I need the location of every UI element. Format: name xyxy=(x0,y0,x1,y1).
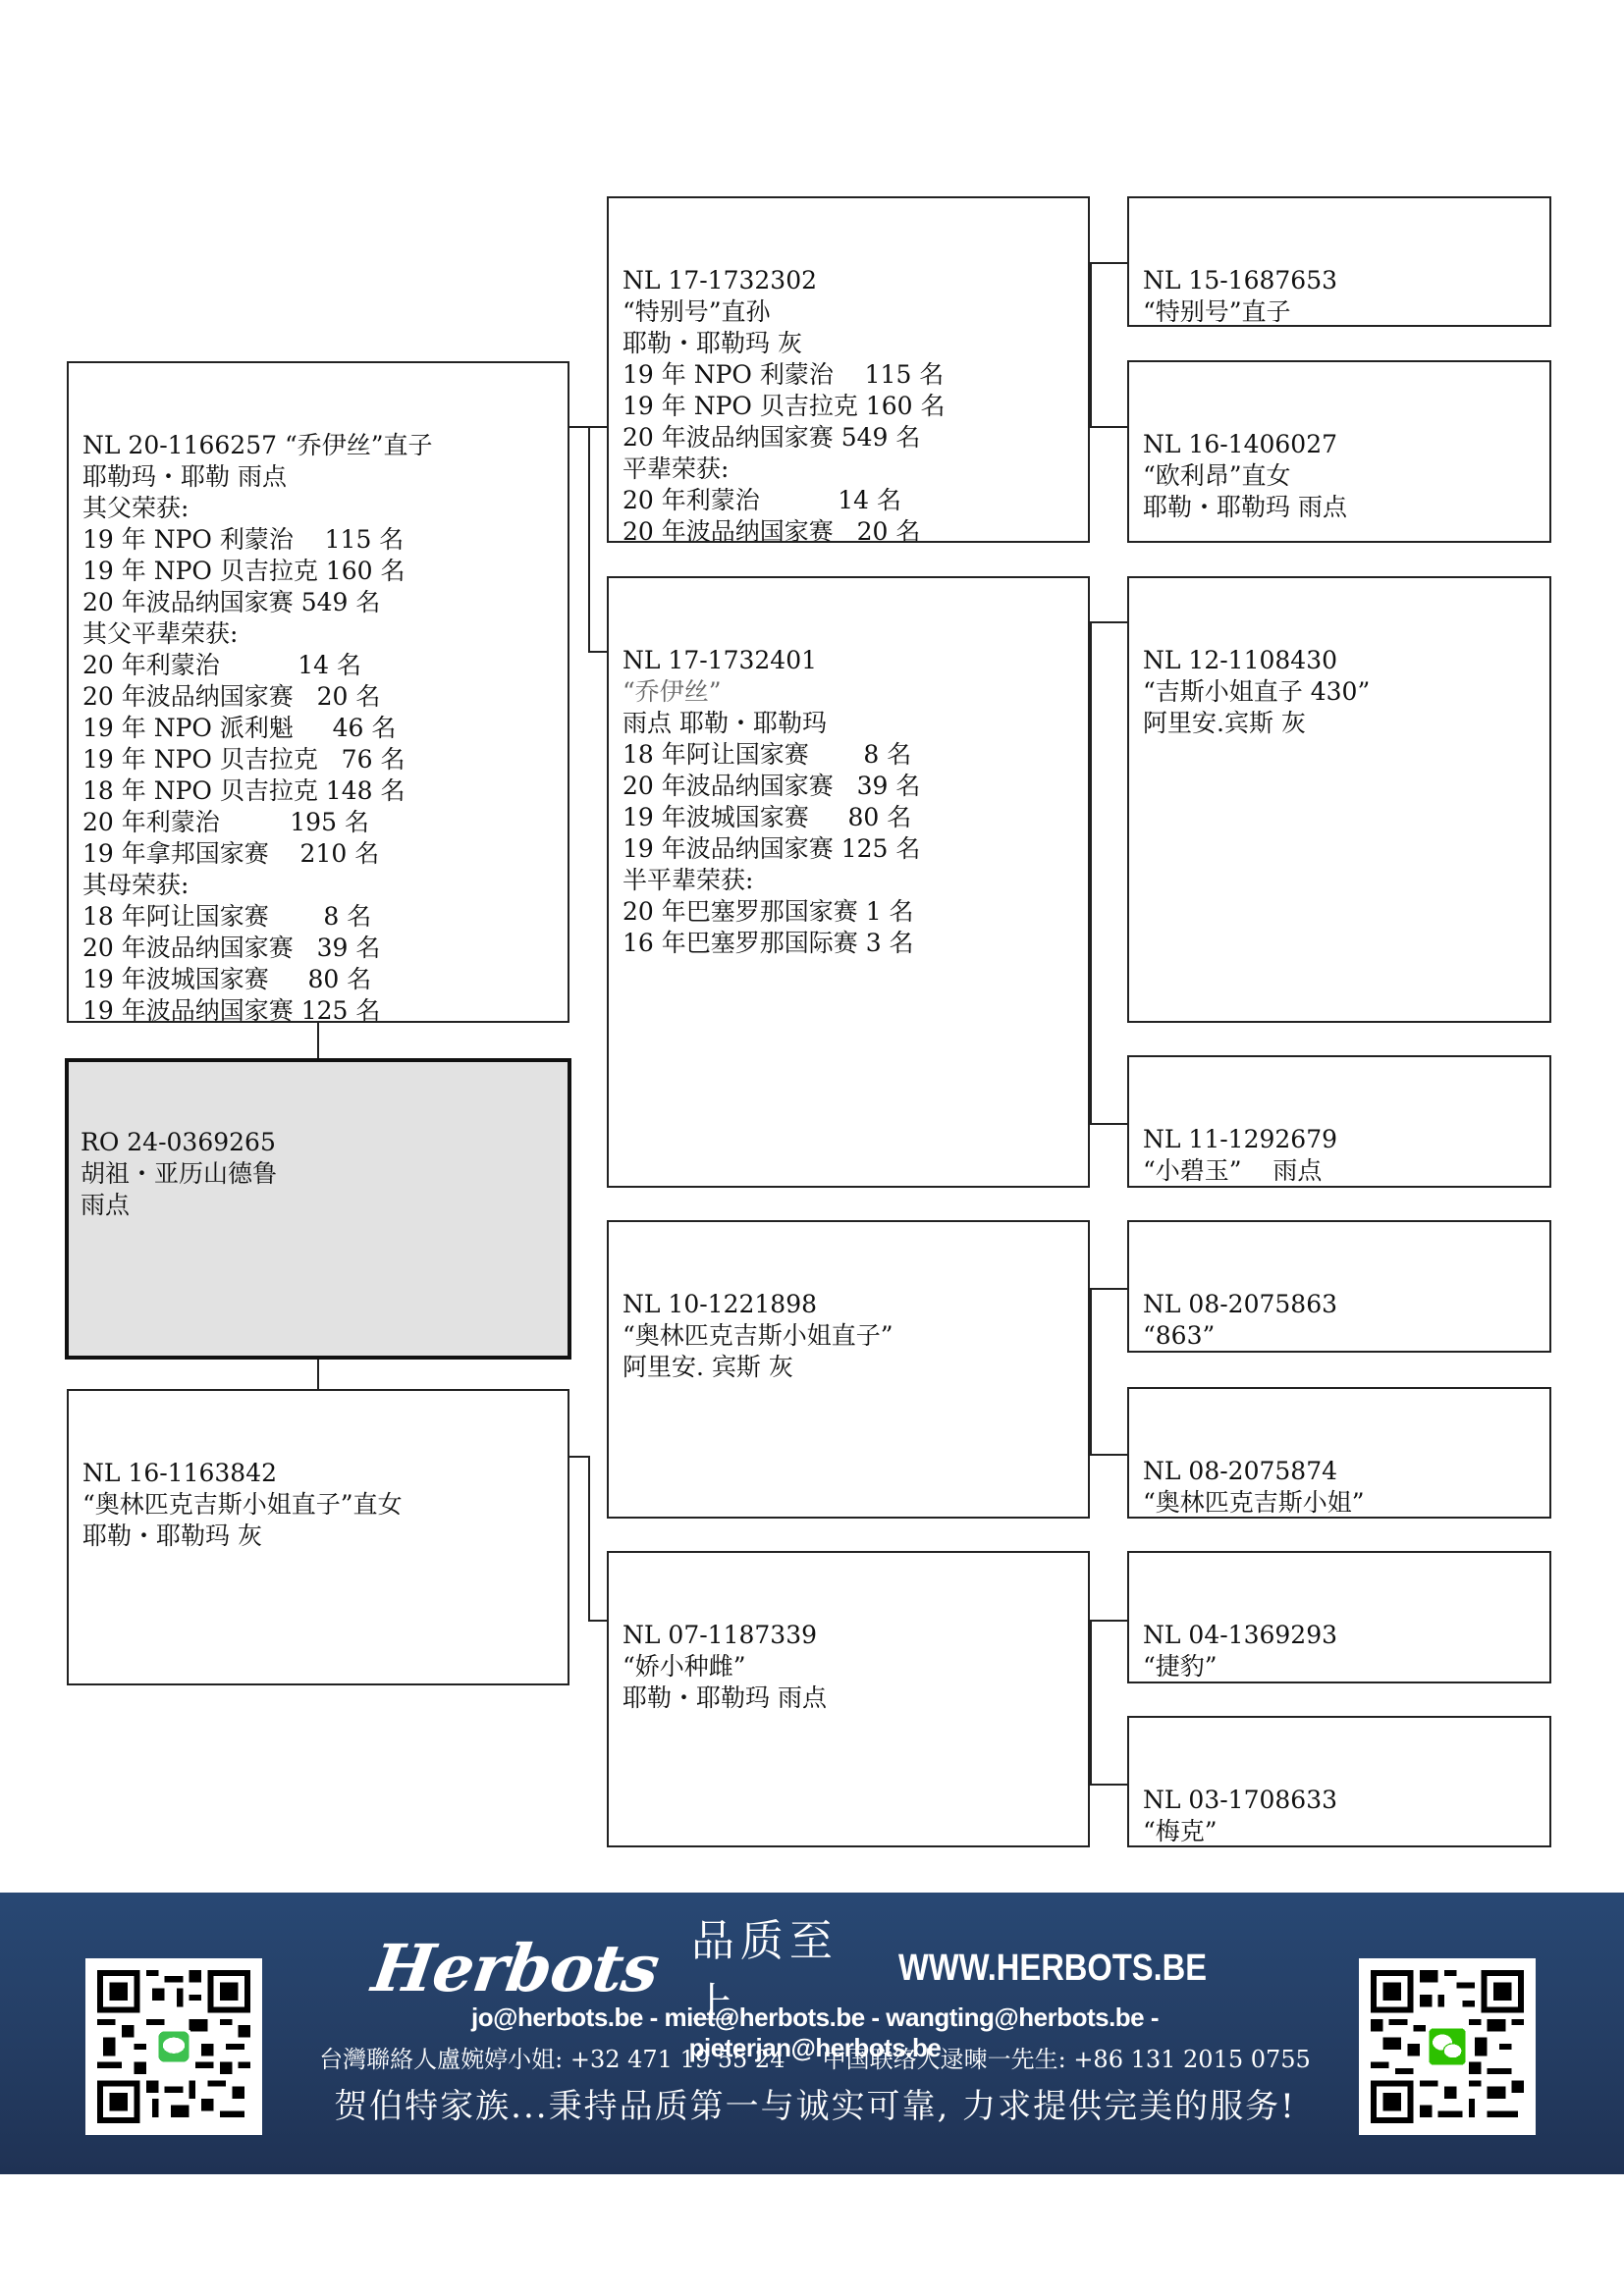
herbots-logo: Herbots xyxy=(368,1930,664,2006)
owner-name: 胡祖・亚历山德鲁 xyxy=(81,1158,568,1190)
bird-name: “乔伊丝” xyxy=(623,676,1088,708)
result-line: 19 年波品纳国家赛 125 名 xyxy=(623,833,1088,865)
breeder-color: 阿里安.宾斯 灰 xyxy=(1143,708,1549,739)
connector-g2c-branch xyxy=(1090,1288,1092,1455)
result-line: 16 年巴塞罗那国际赛 3 名 xyxy=(623,928,1088,959)
ring-number: NL 17-1732302 xyxy=(623,265,1088,296)
ring-number: NL 16-1163842 xyxy=(82,1458,568,1489)
connector-g2c xyxy=(1090,1288,1127,1290)
connector-g2b-branch xyxy=(1090,621,1092,1124)
pedigree-box-subject: RO 24-0369265胡祖・亚历山德鲁雨点 xyxy=(65,1058,571,1360)
result-line: 20 年利蒙治 14 名 xyxy=(82,650,568,681)
bird-name: “捷豹” xyxy=(1143,1651,1549,1682)
connector-g2a-b xyxy=(1090,426,1127,428)
bird-name: “特别号”直子 xyxy=(1143,296,1549,327)
connector-sire-subject xyxy=(317,1023,319,1060)
breeder-color: 耶勒玛・耶勒 雨点 xyxy=(82,461,568,493)
breeder-color: 雨点 耶勒・耶勒玛 xyxy=(623,708,1088,739)
ring-number: NL 20-1166257 “乔伊丝”直子 xyxy=(82,430,568,461)
section-heading: 其父荣获: xyxy=(82,493,568,524)
breeder-color: 阿里安. 宾斯 灰花头 xyxy=(1143,1352,1549,1353)
connector-subject-dam xyxy=(317,1358,319,1389)
ring-number: NL 08-2075863 xyxy=(1143,1289,1549,1320)
ring-number: NL 12-1108430 xyxy=(1143,645,1549,676)
result-line: 18 年阿让国家赛 8 名 xyxy=(82,901,568,933)
ring-number: NL 17-1732401 xyxy=(623,645,1088,676)
connector-dam-branch xyxy=(588,1456,590,1621)
pedigree-box-g3-4: NL 11-1292679“小碧玉” 雨点耶勒・耶勒玛 xyxy=(1127,1055,1551,1188)
pedigree-box-sire-sire: NL 17-1732302“特别号”直孙耶勒・耶勒玛 灰19 年 NPO 利蒙治… xyxy=(607,196,1090,543)
qr-code-icon xyxy=(1371,1970,1524,2123)
pedigree-box-g3-5: NL 08-2075863“863”阿里安. 宾斯 灰花头 xyxy=(1127,1220,1551,1353)
connector-g2d-b xyxy=(1090,1784,1127,1786)
breeder-color: 耶勒・耶勒玛 灰 xyxy=(82,1521,568,1552)
breeder-color: 耶勒・耶勒玛 xyxy=(1143,1187,1549,1188)
bird-name: “欧利昂”直女 xyxy=(1143,460,1549,492)
result-line: 19 年拿邦国家赛 210 名 xyxy=(82,838,568,870)
result-line: 19 年 NPO 利蒙治 115 名 xyxy=(623,359,1088,391)
ring-number: NL 11-1292679 xyxy=(1143,1124,1549,1155)
ring-number: NL 04-1369293 xyxy=(1143,1620,1549,1651)
pedigree-box-g3-8: NL 03-1708633“梅克”耶勒・耶勒玛 灰 xyxy=(1127,1716,1551,1847)
footer-banner: Herbots 品质至上 WWW.HERBOTS.BE jo@herbots.b… xyxy=(0,1893,1624,2174)
bird-name: “小碧玉” 雨点 xyxy=(1143,1155,1549,1187)
pedigree-box-g3-2: NL 16-1406027“欧利昂”直女耶勒・耶勒玛 雨点 xyxy=(1127,360,1551,543)
result-line: 20 年利蒙治 195 名 xyxy=(82,807,568,838)
ring-number: NL 10-1221898 xyxy=(623,1289,1088,1320)
breeder-color: 阿里安. 宾斯 灰 xyxy=(623,1352,1088,1383)
motto: 贺伯特家族...秉持品质第一与诚实可靠, 力求提供完美的服务! xyxy=(290,2079,1340,2127)
result-line: 20 年波品纳国家赛 549 名 xyxy=(623,422,1088,454)
pedigree-box-dam-dam: NL 07-1187339“娇小种雌”耶勒・耶勒玛 雨点 xyxy=(607,1551,1090,1847)
bird-name: “奥林匹克吉斯小姐直子”直女 xyxy=(82,1489,568,1521)
result-line: 20 年波品纳国家赛 39 名 xyxy=(623,771,1088,802)
breeder-color: 耶勒・耶勒玛 雨点 xyxy=(1143,1682,1549,1683)
connector-sire-branch xyxy=(588,426,590,652)
bird-name: “梅克” xyxy=(1143,1816,1549,1847)
result-line: 20 年利蒙治 14 名 xyxy=(623,485,1088,516)
breeder-color: 耶勒・耶勒玛 雨点 xyxy=(623,1682,1088,1714)
bird-name: “吉斯小姐直子 430” xyxy=(1143,676,1549,708)
ring-number: NL 03-1708633 xyxy=(1143,1785,1549,1816)
connector-g2d xyxy=(1090,1620,1127,1622)
result-line: 19 年 NPO 利蒙治 115 名 xyxy=(82,524,568,556)
pedigree-box-g3-1: NL 15-1687653“特别号”直子巴滕博格/范德米卫 灰 xyxy=(1127,196,1551,327)
pedigree-box-sire: NL 20-1166257 “乔伊丝”直子耶勒玛・耶勒 雨点其父荣获:19 年 … xyxy=(67,361,569,1023)
result-line: 19 年 NPO 贝吉拉克 76 名 xyxy=(82,744,568,775)
brand-row: Herbots 品质至上 WWW.HERBOTS.BE xyxy=(373,1934,1257,2002)
bird-name: “奥林匹克吉斯小姐” xyxy=(1143,1487,1549,1519)
ring-number: NL 07-1187339 xyxy=(623,1620,1088,1651)
section-heading: 其父平辈荣获: xyxy=(82,618,568,650)
bird-name: “特别号”直孙 xyxy=(623,296,1088,328)
pedigree-box-dam: NL 16-1163842“奥林匹克吉斯小姐直子”直女耶勒・耶勒玛 灰 xyxy=(67,1389,569,1685)
connector-g2b xyxy=(1090,621,1127,623)
result-line: 18 年阿让国家赛 8 名 xyxy=(623,739,1088,771)
connector-g2d-branch xyxy=(1090,1620,1092,1785)
breeder-color: 耶勒・耶勒玛 灰 xyxy=(623,328,1088,359)
connector-sire-to-sire-sire xyxy=(569,426,607,428)
breeder-color: 耶勒・耶勒玛 雨点 xyxy=(1143,492,1549,523)
bird-name: “863” xyxy=(1143,1320,1549,1352)
bird-name: “奥林匹克吉斯小姐直子” xyxy=(623,1320,1088,1352)
result-line: 20 年波品纳国家赛 20 名 xyxy=(82,681,568,713)
pedigree-box-sire-dam: NL 17-1732401“乔伊丝”雨点 耶勒・耶勒玛18 年阿让国家赛 8 名… xyxy=(607,576,1090,1188)
section-heading: 其母荣获: xyxy=(82,870,568,901)
connector-dam-out xyxy=(569,1456,589,1458)
connector-g2a-branch xyxy=(1090,262,1092,427)
result-line: 20 年波品纳国家赛 20 名 xyxy=(623,516,1088,543)
website-link[interactable]: WWW.HERBOTS.BE xyxy=(898,1948,1207,1990)
connector-g2b-b xyxy=(1090,1123,1127,1125)
result-line: 20 年波品纳国家赛 39 名 xyxy=(82,933,568,964)
result-line: 19 年波品纳国家赛 125 名 xyxy=(82,995,568,1023)
contact-phones: 台灣聯絡人盧婉婷小姐: +32 471 19 55 24 中国联络人逯暕一先生:… xyxy=(295,2040,1335,2074)
result-line: 19 年波城国家赛 80 名 xyxy=(82,964,568,995)
result-line: 19 年 NPO 派利魁 46 名 xyxy=(82,713,568,744)
ring-number: NL 15-1687653 xyxy=(1143,265,1549,296)
section-heading: 平辈荣获: xyxy=(623,454,1088,485)
bird-name: “娇小种雌” xyxy=(623,1651,1088,1682)
pedigree-box-dam-sire: NL 10-1221898“奥林匹克吉斯小姐直子”阿里安. 宾斯 灰 xyxy=(607,1220,1090,1519)
result-line: 19 年 NPO 贝吉拉克 160 名 xyxy=(82,556,568,587)
pedigree-box-g3-7: NL 04-1369293“捷豹”耶勒・耶勒玛 雨点 xyxy=(1127,1551,1551,1683)
result-line: 20 年波品纳国家赛 549 名 xyxy=(82,587,568,618)
connector-sire-to-sire-dam xyxy=(588,651,607,653)
ring-number: NL 08-2075874 xyxy=(1143,1456,1549,1487)
connector-g2c-b xyxy=(1090,1454,1127,1456)
ring-number: RO 24-0369265 xyxy=(81,1127,568,1158)
pedigree-box-g3-3: NL 12-1108430“吉斯小姐直子 430”阿里安.宾斯 灰 xyxy=(1127,576,1551,1023)
qr-code-icon xyxy=(97,1970,250,2123)
result-line: 20 年巴塞罗那国家赛 1 名 xyxy=(623,896,1088,928)
connector-dam-to-dam-dam xyxy=(588,1620,607,1622)
result-line: 19 年波城国家赛 80 名 xyxy=(623,802,1088,833)
ring-number: NL 16-1406027 xyxy=(1143,429,1549,460)
connector-g2a xyxy=(1090,262,1127,264)
color: 雨点 xyxy=(81,1190,568,1221)
result-line: 19 年 NPO 贝吉拉克 160 名 xyxy=(623,391,1088,422)
result-line: 18 年 NPO 贝吉拉克 148 名 xyxy=(82,775,568,807)
line-qr-code[interactable] xyxy=(85,1958,262,2135)
wechat-qr-code[interactable] xyxy=(1359,1958,1536,2135)
pedigree-box-g3-6: NL 08-2075874“奥林匹克吉斯小姐”阿里安. 宾斯 灰 xyxy=(1127,1387,1551,1519)
section-heading: 半平辈荣获: xyxy=(623,865,1088,896)
